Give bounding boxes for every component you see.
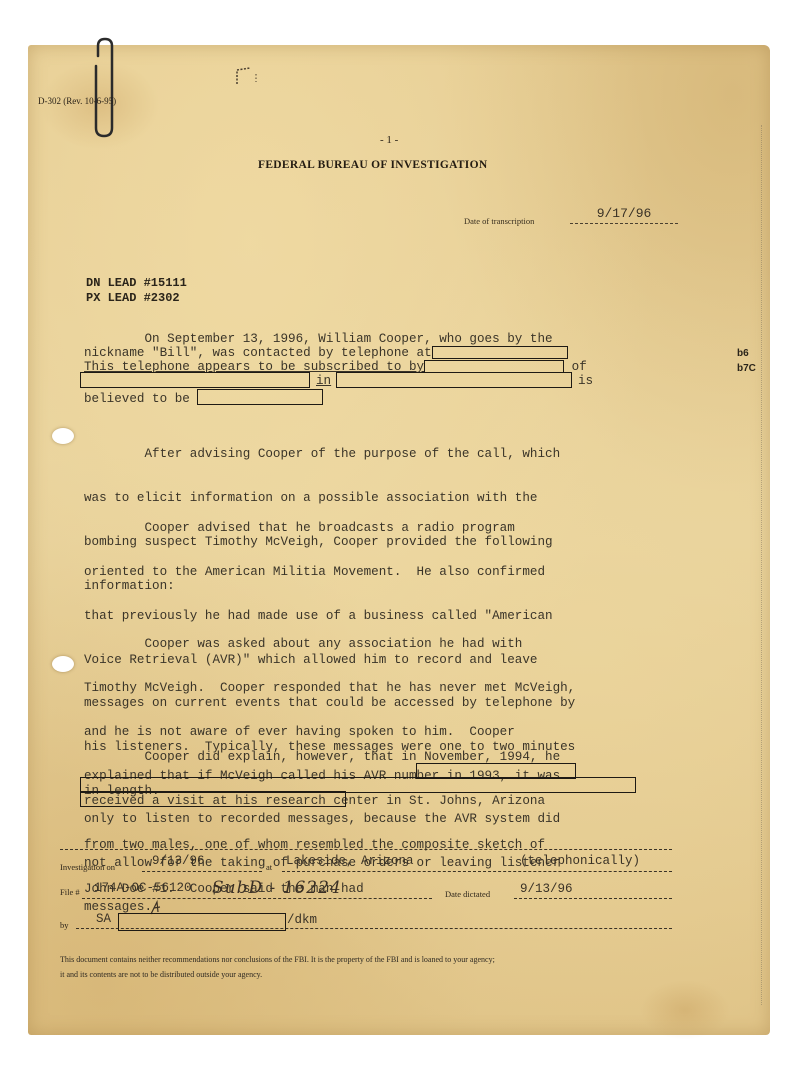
dictated-date: 9/13/96: [520, 882, 573, 896]
lead-numbers: DN LEAD #15111 PX LEAD #2302: [86, 276, 187, 306]
agent-prefix: SA: [96, 912, 111, 926]
exemption-b6: b6: [737, 346, 756, 361]
stain: [640, 980, 730, 1040]
redaction-box: [197, 389, 323, 405]
punch-hole: [52, 656, 74, 672]
footer-rule: [60, 849, 672, 850]
paragraph-1-line-5: believed to be: [84, 389, 323, 407]
disclaimer-line: it and its contents are not to be distri…: [60, 967, 620, 982]
paragraph-1-line-2: nickname "Bill", was contacted by teleph…: [84, 346, 568, 361]
redaction-box: [432, 346, 568, 359]
punch-hole: [52, 428, 74, 444]
at-label: at: [266, 862, 272, 872]
transcription-date-label: Date of transcription: [464, 216, 534, 226]
location-line: [282, 871, 672, 872]
paragraph-1-in: in: [316, 374, 331, 389]
file-number: 174A-OC-56120: [94, 881, 192, 895]
foia-exemptions: b6 b7C: [737, 346, 756, 376]
paragraph-1-line-1: On September 13, 1996, William Cooper, w…: [84, 332, 553, 347]
investigation-label: Investigation on: [60, 862, 115, 872]
stamp-mark-icon: [232, 64, 262, 90]
px-lead: PX LEAD #2302: [86, 291, 187, 306]
line: oriented to the American Militia Movemen…: [84, 565, 575, 580]
dn-lead: DN LEAD #15111: [86, 276, 187, 291]
typist-initials: /dkm: [287, 913, 317, 927]
paragraph-1-is: is: [578, 374, 593, 389]
page-number: - 1 -: [380, 134, 398, 146]
investigation-date: 9/13/96: [152, 854, 205, 868]
line: Cooper advised that he broadcasts a radi…: [84, 521, 575, 536]
exemption-b7c: b7C: [737, 361, 756, 376]
text: nickname "Bill", was contacted by teleph…: [84, 346, 432, 360]
line: from two males, one of whom resembled th…: [84, 838, 560, 853]
paperclip-icon: [88, 36, 120, 140]
line: After advising Cooper of the purpose of …: [84, 447, 560, 462]
torn-right-edge: [761, 125, 762, 1005]
line: Cooper was asked about any association h…: [84, 637, 575, 652]
file-number-label: File #: [60, 887, 80, 897]
text: of: [572, 360, 587, 374]
handwritten-sub-file: SubD - 16224: [212, 878, 342, 898]
transcription-date: 9/17/96: [570, 206, 678, 224]
file-number-line: [82, 898, 432, 899]
dictated-date-line: [514, 898, 672, 899]
investigation-method: (telephonically): [520, 854, 640, 868]
disclaimer: This document contains neither recommend…: [60, 952, 620, 982]
agency-heading: FEDERAL BUREAU OF INVESTIGATION: [258, 159, 487, 171]
text: believed to be: [84, 392, 190, 406]
dictated-label: Date dictated: [445, 889, 490, 899]
redaction-box: [80, 791, 346, 807]
by-label: by: [60, 920, 69, 930]
disclaimer-line: This document contains neither recommend…: [60, 952, 620, 967]
investigation-location: Lakeside, Arizona: [286, 854, 414, 868]
redaction-box: [336, 372, 572, 388]
form-number: D-302 (Rev. 10-6-95): [38, 96, 116, 106]
investigation-date-line: [142, 871, 262, 872]
redaction-box: [80, 372, 310, 388]
redaction-box: [118, 913, 286, 931]
line: Timothy McVeigh. Cooper responded that h…: [84, 681, 575, 696]
